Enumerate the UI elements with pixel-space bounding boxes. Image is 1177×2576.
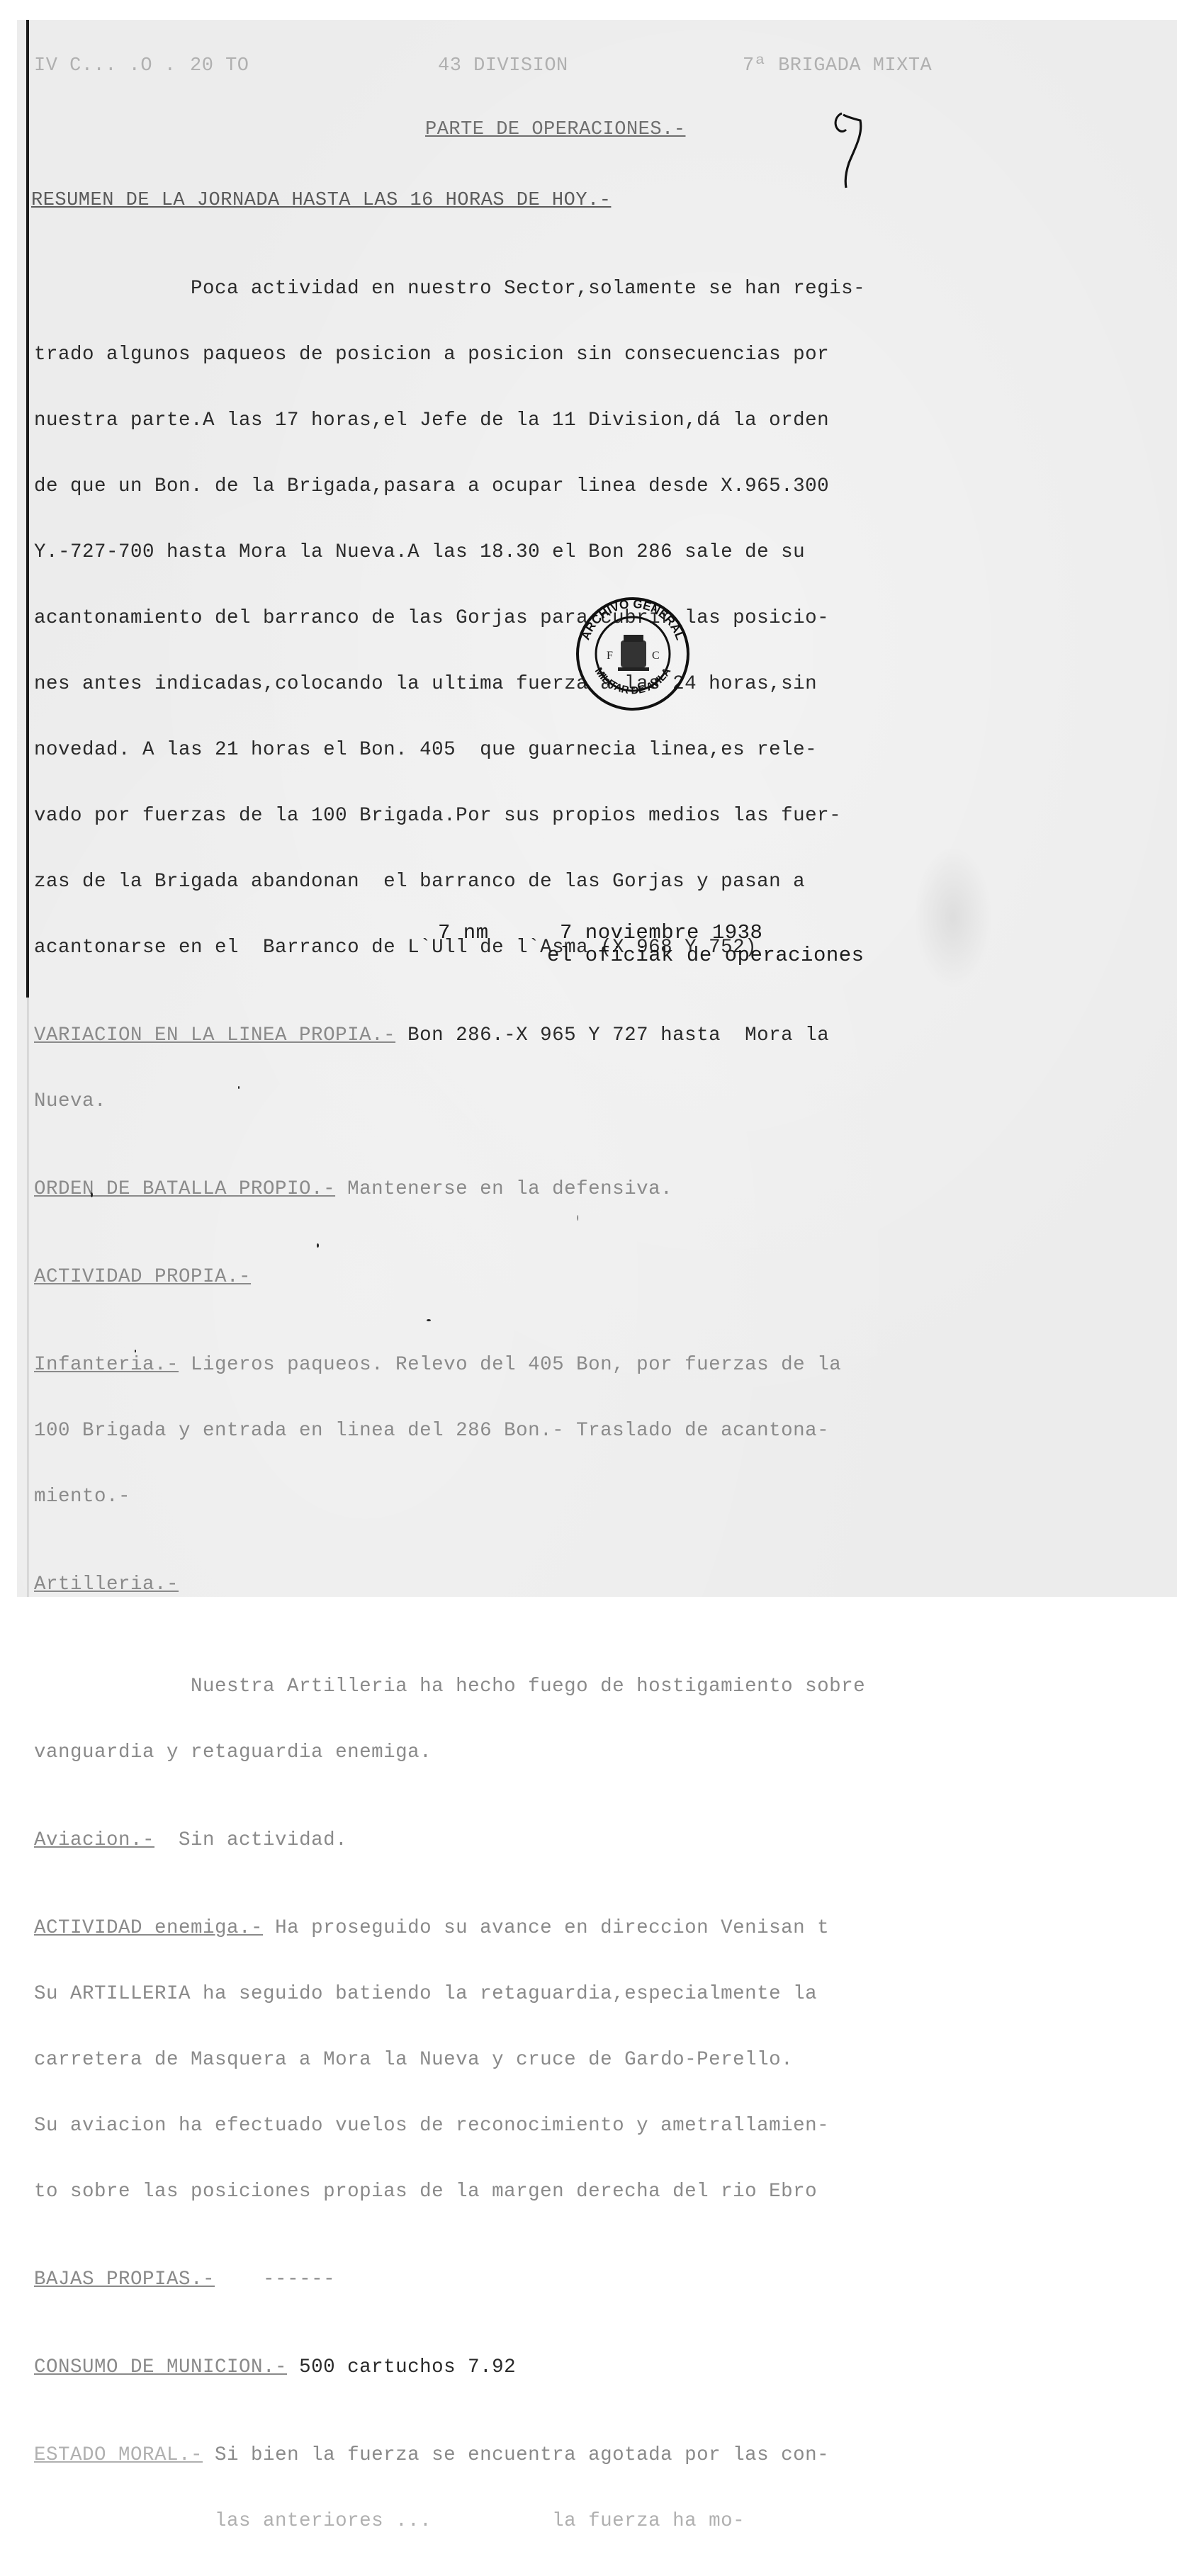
section-label: VARIACION EN LA LINEA PROPIA.- xyxy=(34,1024,395,1046)
paper-speck xyxy=(427,1319,431,1321)
header-division: 43 DIVISION xyxy=(438,55,568,77)
scanned-page: IV C... .O . 20 TO 43 DIVISION 7ª BRIGAD… xyxy=(0,0,1177,1597)
body-line: zas de la Brigada abandonan el barranco … xyxy=(34,871,955,893)
signature-signer: el oficiak de operaciones xyxy=(547,944,865,967)
section-artilleria: Artilleria.- xyxy=(34,1574,955,1595)
section-label: Infanteria.- xyxy=(34,1354,179,1376)
ink-smudge xyxy=(914,847,992,988)
archive-stamp: ARCHIVO GENERAL MILITAR DE AVILA F C xyxy=(573,594,693,714)
body-line: 100 Brigada y entrada en linea del 286 B… xyxy=(34,1420,955,1442)
section-variacion: VARIACION EN LA LINEA PROPIA.- Bon 286.-… xyxy=(34,1024,955,1046)
paper-speck xyxy=(91,1192,93,1197)
coat-of-arms-icon xyxy=(618,635,649,671)
section-infanteria: Infanteria.- Ligeros paqueos. Relevo del… xyxy=(34,1354,955,1376)
body-line: trado algunos paqueos de posicion a posi… xyxy=(34,344,955,366)
left-margin-line-faint xyxy=(28,998,28,1597)
paper-speck xyxy=(135,1350,136,1352)
body-line: Nueva. xyxy=(34,1090,955,1112)
body-line: acantonamiento del barranco de las Gorja… xyxy=(34,607,955,629)
body-line: nuestra parte.A las 17 horas,el Jefe de … xyxy=(34,409,955,431)
stamp-letter-right: C xyxy=(652,650,660,662)
header-brigade: 7ª BRIGADA MIXTA xyxy=(743,55,932,77)
body-line: de que un Bon. de la Brigada,pasara a oc… xyxy=(34,475,955,497)
stamp-letter-left: F xyxy=(607,650,613,662)
section-label: ACTIVIDAD PROPIA.- xyxy=(34,1266,251,1288)
section-label: Artilleria.- xyxy=(34,1574,179,1595)
handwritten-page-number: 7 xyxy=(829,106,872,191)
body-line: miento.- xyxy=(34,1486,955,1508)
body-line: vado por fuerzas de la 100 Brigada.Por s… xyxy=(34,805,955,827)
signature-date: 7 noviembre 1938 xyxy=(560,921,762,944)
report-body: Poca actividad en nuestro Sector,solamen… xyxy=(34,234,955,1597)
left-margin-line xyxy=(26,20,29,998)
paper-speck xyxy=(238,1086,240,1089)
header-army-corps: IV C... .O . xyxy=(34,55,176,77)
section-orden-batalla: ORDEN DE BATALLA PROPIO.- Mantenerse en … xyxy=(34,1178,955,1200)
body-line: nes antes indicadas,colocando la ultima … xyxy=(34,673,955,695)
svg-text:7: 7 xyxy=(829,106,830,107)
paper-speck xyxy=(578,1215,578,1221)
document-subtitle: RESUMEN DE LA JORNADA HASTA LAS 16 HORAS… xyxy=(31,190,611,211)
paper-speck xyxy=(317,1243,319,1248)
body-line: Poca actividad en nuestro Sector,solamen… xyxy=(34,278,955,300)
body-line: novedad. A las 21 horas el Bon. 405 que … xyxy=(34,739,955,761)
header-army: 20 TO xyxy=(190,55,249,77)
section-actividad-propia: ACTIVIDAD PROPIA.- xyxy=(34,1266,955,1288)
section-label: ORDEN DE BATALLA PROPIO.- xyxy=(34,1178,335,1200)
document-title: PARTE DE OPERACIONES.- xyxy=(425,119,685,140)
location-date-prefix: 7 nm xyxy=(438,921,489,944)
body-line: Y.-727-700 hasta Mora la Nueva.A las 18.… xyxy=(34,541,955,563)
